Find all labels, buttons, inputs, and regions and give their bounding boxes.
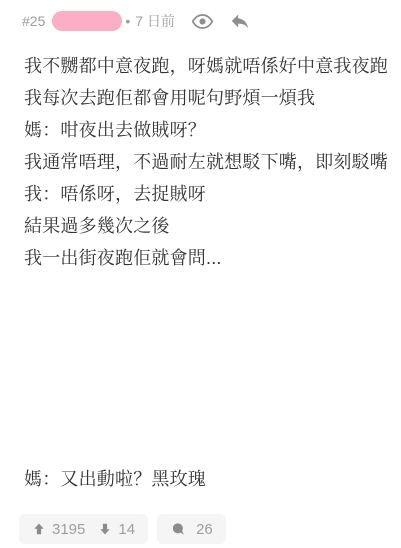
- post-timestamp: 7 日前: [135, 11, 175, 31]
- upvote-group[interactable]: 3195: [32, 521, 85, 538]
- blank-space: [24, 274, 377, 463]
- post-line: 我不嬲都中意夜跑，呀媽就唔係好中意我夜跑: [24, 50, 377, 82]
- post-footer: 3195 14 26: [19, 514, 377, 544]
- separator-dot: •: [125, 13, 130, 29]
- upvote-count: 3195: [52, 521, 85, 538]
- eye-icon[interactable]: [191, 10, 214, 33]
- post-header: #25 • 7 日前: [22, 11, 377, 31]
- reply-icon[interactable]: [229, 10, 251, 32]
- arrow-down-icon[interactable]: [98, 522, 112, 536]
- downvote-group[interactable]: 14: [98, 521, 135, 538]
- post-line: 我通常唔理，不過耐左就想駁下嘴，即刻駁嘴: [24, 146, 377, 178]
- post-line: 我一出街夜跑佢就會問...: [24, 242, 377, 274]
- vote-button-group[interactable]: 3195 14: [19, 514, 148, 544]
- post-body: 我不嬲都中意夜跑，呀媽就唔係好中意我夜跑 我每次去跑佢都會用呢句野煩一煩我 媽：…: [24, 50, 377, 495]
- post-line: 結果過多幾次之後: [24, 210, 377, 242]
- redacted-username-bar: [52, 11, 122, 31]
- comment-count: 26: [196, 521, 213, 538]
- post-number[interactable]: #25: [22, 13, 45, 29]
- forum-post: #25 • 7 日前 我不嬲都中意夜跑，呀媽就唔係好中意我夜跑 我每次去跑佢都會…: [0, 0, 401, 544]
- post-line: 我：唔係呀，去捉賊呀: [24, 178, 377, 210]
- comments-button[interactable]: 26: [157, 514, 226, 544]
- post-punchline: 媽：又出動啦？黑玫瑰: [24, 463, 377, 495]
- chat-bubble-icon: [170, 521, 187, 537]
- downvote-count: 14: [118, 521, 135, 538]
- arrow-up-icon[interactable]: [32, 522, 46, 536]
- post-line: 媽：咁夜出去做賊呀？: [24, 114, 377, 146]
- post-line: 我每次去跑佢都會用呢句野煩一煩我: [24, 82, 377, 114]
